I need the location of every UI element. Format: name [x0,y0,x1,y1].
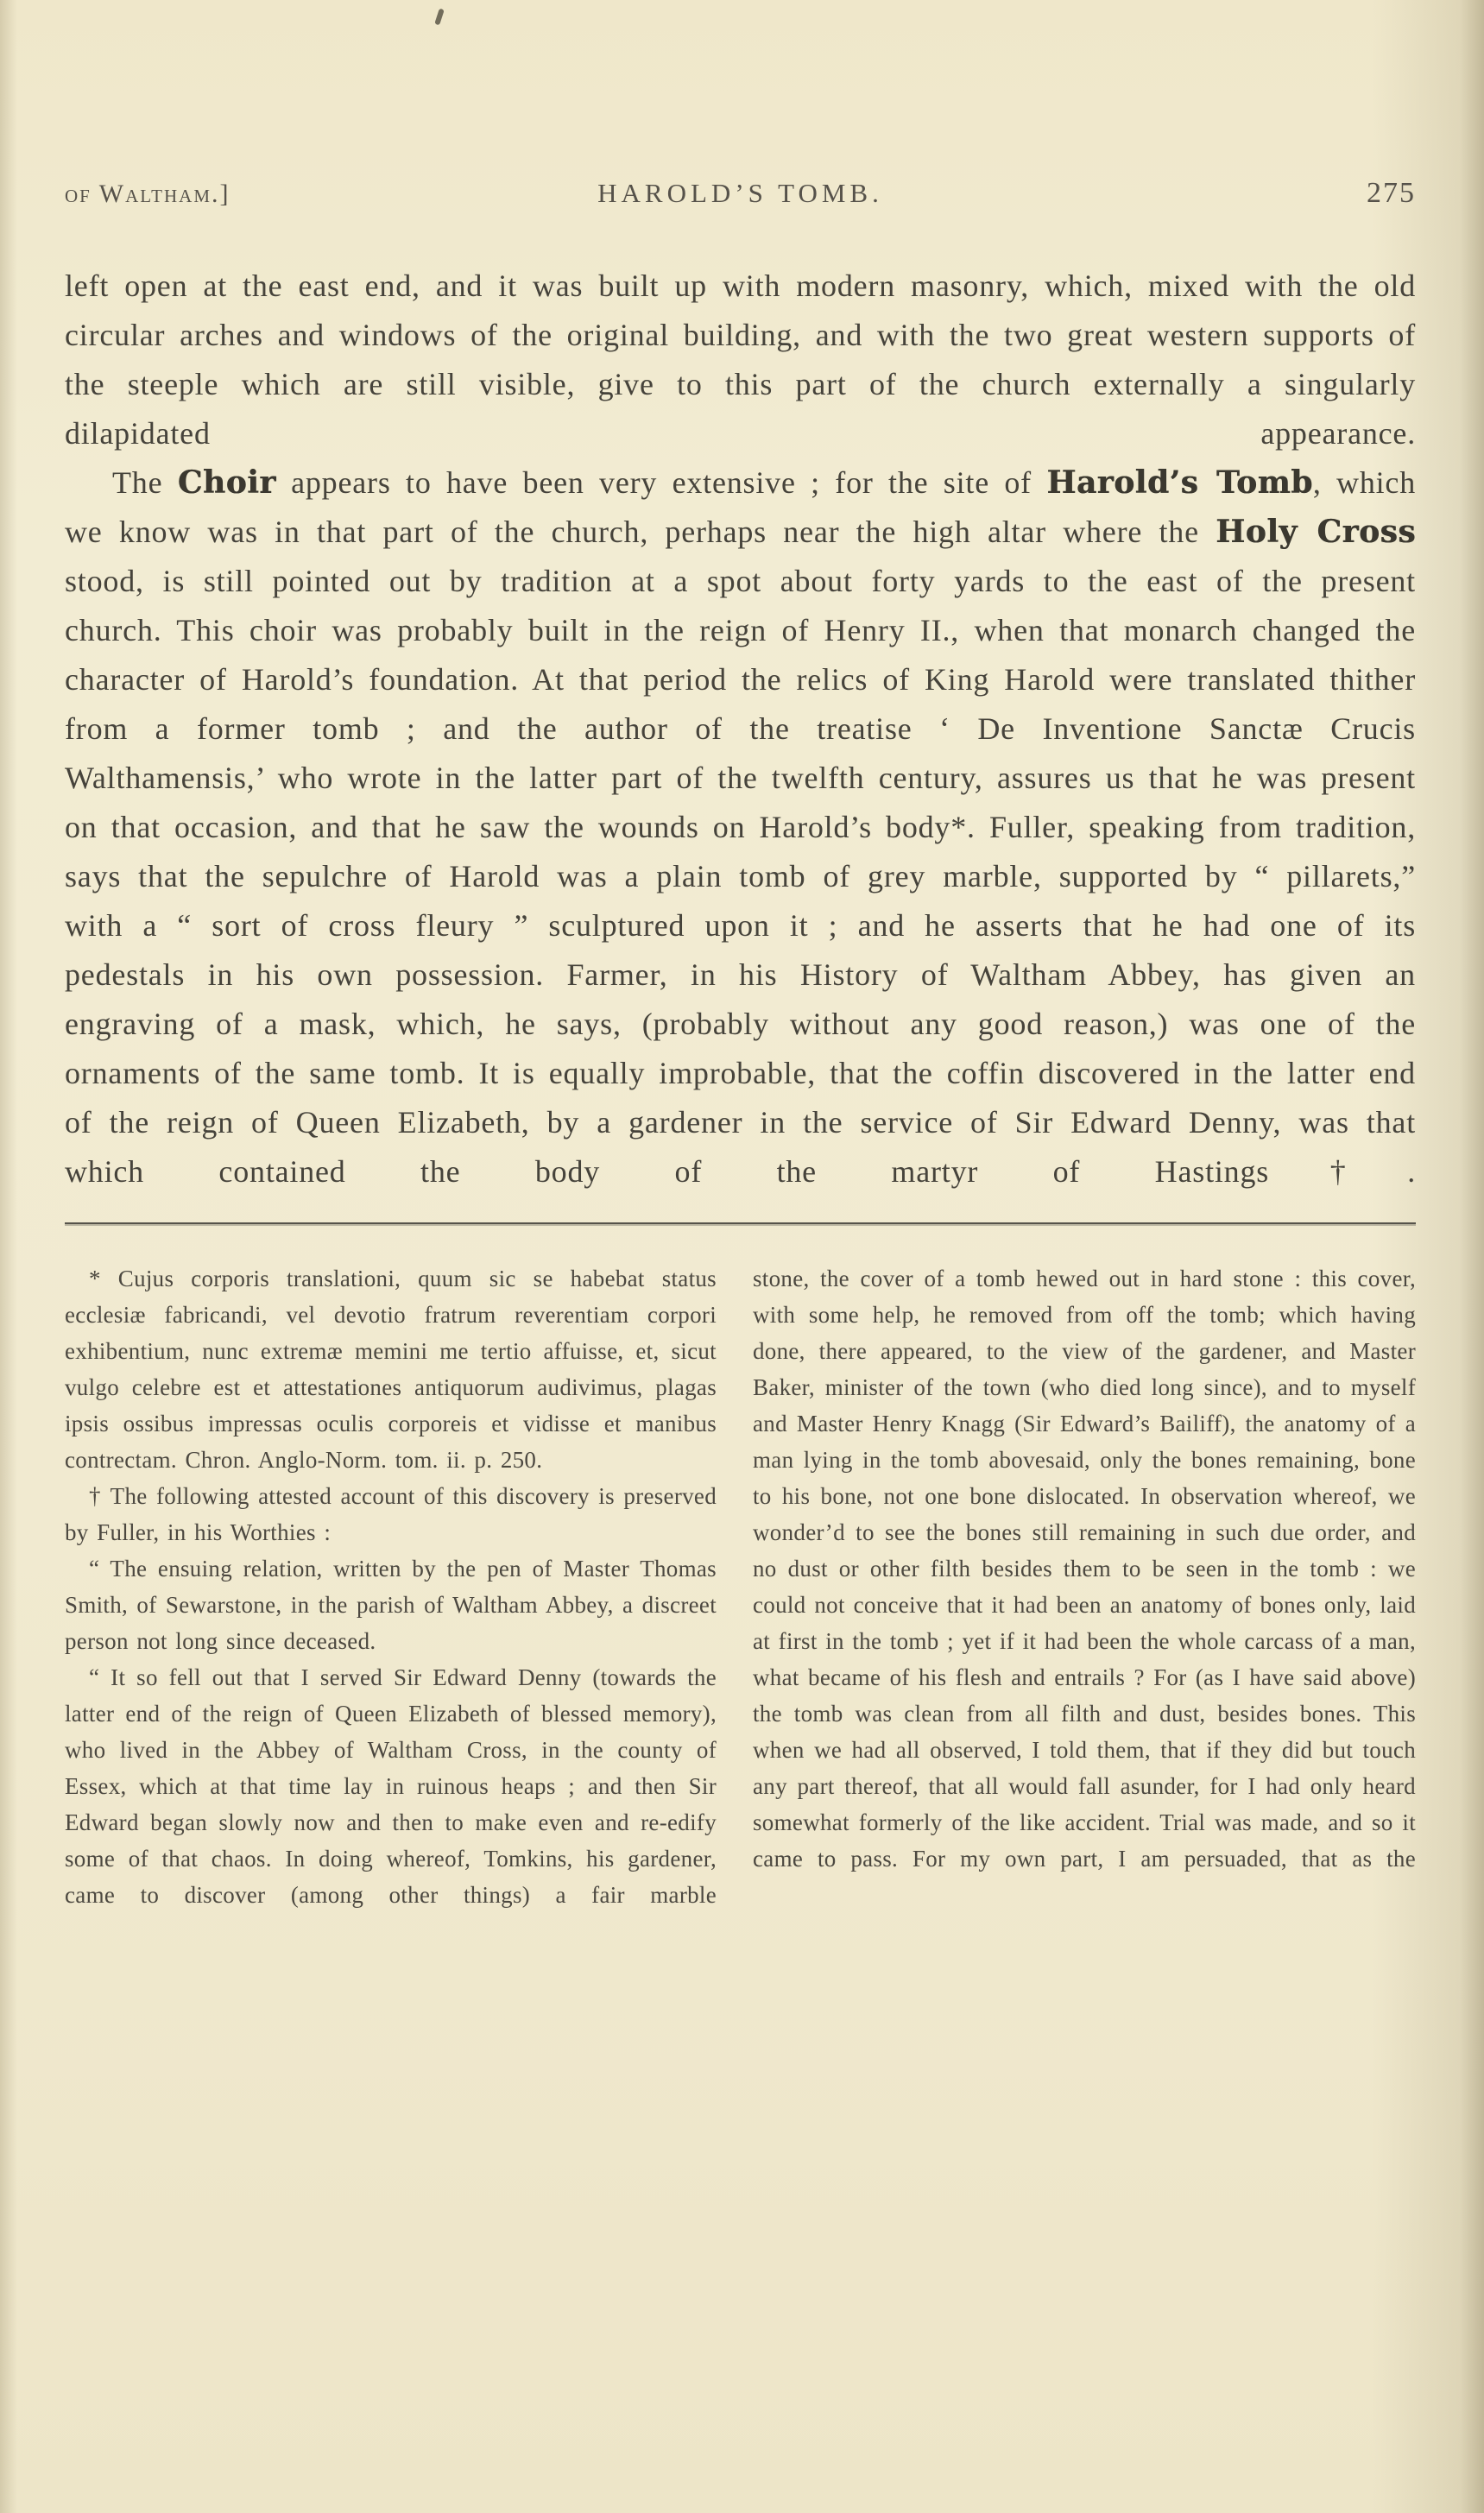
footnotes-section: * Cujus corporis translationi, quum sic … [65,1260,1416,1913]
paragraph: † The following attested account of this… [65,1478,717,1550]
footnote-column-left: * Cujus corporis translationi, quum sic … [65,1260,717,1913]
text-segment: “ It so fell out that I served Sir Edwar… [65,1664,717,1908]
running-header: of Waltham.] HAROLD’S TOMB. 275 [65,177,1416,210]
blackletter-word: Choir [178,464,276,501]
text-segment: The [112,465,178,500]
footnote-column-right: stone, the cover of a tomb hewed out in … [753,1260,1416,1913]
ink-speck [434,9,445,26]
header-page-number: 275 [1091,177,1416,210]
text-segment: left open at the east end, and it was bu… [65,268,1416,451]
text-segment: * Cujus corporis translationi, quum sic … [65,1266,717,1473]
header-section-title: of Waltham.] [65,180,389,209]
text-segment: stone, the cover of a tomb hewed out in … [753,1266,1416,1872]
blackletter-word: Holy Cross [1216,514,1416,550]
footnote-separator-rule [65,1222,1416,1224]
header-page-title: HAROLD’S TOMB. [389,178,1092,209]
main-text-block: left open at the east end, and it was bu… [65,262,1416,1197]
paragraph: * Cujus corporis translationi, quum sic … [65,1260,717,1478]
text-segment: † The following attested account of this… [65,1483,717,1545]
text-segment: “ The ensuing relation, written by the p… [65,1556,717,1654]
text-segment: appears to have been very extensive ; fo… [276,465,1047,500]
book-page: of Waltham.] HAROLD’S TOMB. 275 left ope… [0,0,1484,2513]
paragraph: “ The ensuing relation, written by the p… [65,1550,717,1659]
paragraph: stone, the cover of a tomb hewed out in … [753,1260,1416,1877]
paragraph: left open at the east end, and it was bu… [65,262,1416,458]
paragraph: The Choir appears to have been very exte… [65,458,1416,1197]
blackletter-word: Harold’s Tomb [1046,464,1313,501]
paragraph: “ It so fell out that I served Sir Edwar… [65,1659,717,1913]
text-segment: stood, is still pointed out by tradition… [65,564,1416,1189]
